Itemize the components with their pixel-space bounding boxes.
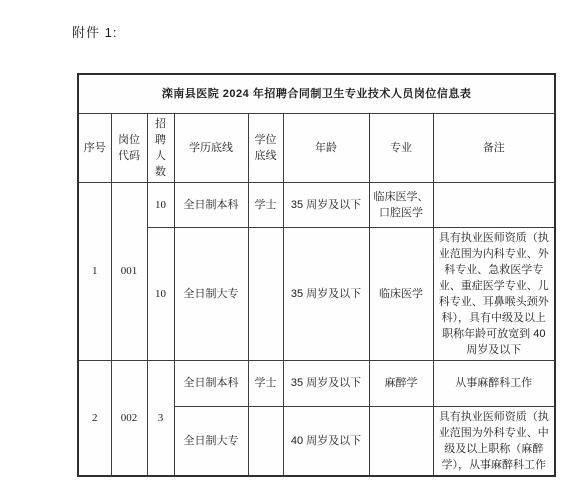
cell-count: 10: [147, 227, 174, 360]
cell-edu: 全日制本科: [174, 182, 248, 227]
header-degree: 学位底线: [248, 113, 283, 182]
cell-age: 35 周岁及以下: [283, 360, 369, 406]
header-code: 岗位代码: [111, 113, 147, 182]
cell-degree: [248, 406, 283, 476]
header-major: 专业: [369, 113, 433, 182]
table-header-row: 序号 岗位代码 招聘人数 学历底线 学位底线 年龄 专业 备注: [78, 113, 555, 182]
cell-age: 35 周岁及以下: [283, 227, 369, 360]
cell-age: 40 周岁及以下: [283, 406, 369, 476]
cell-major: 麻醉学: [369, 360, 433, 406]
attachment-label: 附件 1:: [72, 22, 117, 41]
cell-note: 具有执业医师资质（执业范围为内科专业、外科专业、急救医学专业、重症医学专业、儿科…: [433, 227, 555, 360]
cell-degree: [248, 227, 283, 360]
cell-degree: 学士: [248, 182, 283, 227]
cell-note: 具有执业医师资质（执业范围为外科专业、中级及以上职称（麻醉学），从事麻醉科工作: [433, 406, 555, 476]
table-title: 滦南县医院 2024 年招聘合同制卫生专业技术人员岗位信息表: [78, 74, 555, 113]
cell-seq: 2: [78, 360, 111, 476]
table-row: 2 002 3 全日制本科 学士 35 周岁及以下 麻醉学 从事麻醉科工作: [78, 360, 555, 406]
job-info-table: 滦南县医院 2024 年招聘合同制卫生专业技术人员岗位信息表 序号 岗位代码 招…: [77, 73, 556, 477]
header-seq: 序号: [78, 113, 111, 182]
page: { "page": { "attachment_label": "附件 1:" …: [0, 0, 579, 500]
cell-count: 3: [147, 360, 174, 476]
table-row: 1 001 10 全日制本科 学士 35 周岁及以下 临床医学、口腔医学: [78, 182, 555, 227]
table-row: 10 全日制大专 35 周岁及以下 临床医学 具有执业医师资质（执业范围为内科专…: [78, 227, 555, 360]
cell-edu: 全日制本科: [174, 360, 248, 406]
cell-age: 35 周岁及以下: [283, 182, 369, 227]
cell-code: 001: [111, 182, 147, 360]
table-title-row: 滦南县医院 2024 年招聘合同制卫生专业技术人员岗位信息表: [78, 74, 555, 113]
cell-major: 临床医学、口腔医学: [369, 182, 433, 227]
cell-note: 从事麻醉科工作: [433, 360, 555, 406]
header-note: 备注: [433, 113, 555, 182]
cell-major: 临床医学: [369, 227, 433, 360]
header-count: 招聘人数: [147, 113, 174, 182]
cell-note: [433, 182, 555, 227]
cell-edu: 全日制大专: [174, 227, 248, 360]
cell-code: 002: [111, 360, 147, 476]
header-age: 年龄: [283, 113, 369, 182]
cell-seq: 1: [78, 182, 111, 360]
header-edu: 学历底线: [174, 113, 248, 182]
cell-count: 10: [147, 182, 174, 227]
cell-degree: 学士: [248, 360, 283, 406]
cell-major: [369, 406, 433, 476]
cell-edu: 全日制大专: [174, 406, 248, 476]
